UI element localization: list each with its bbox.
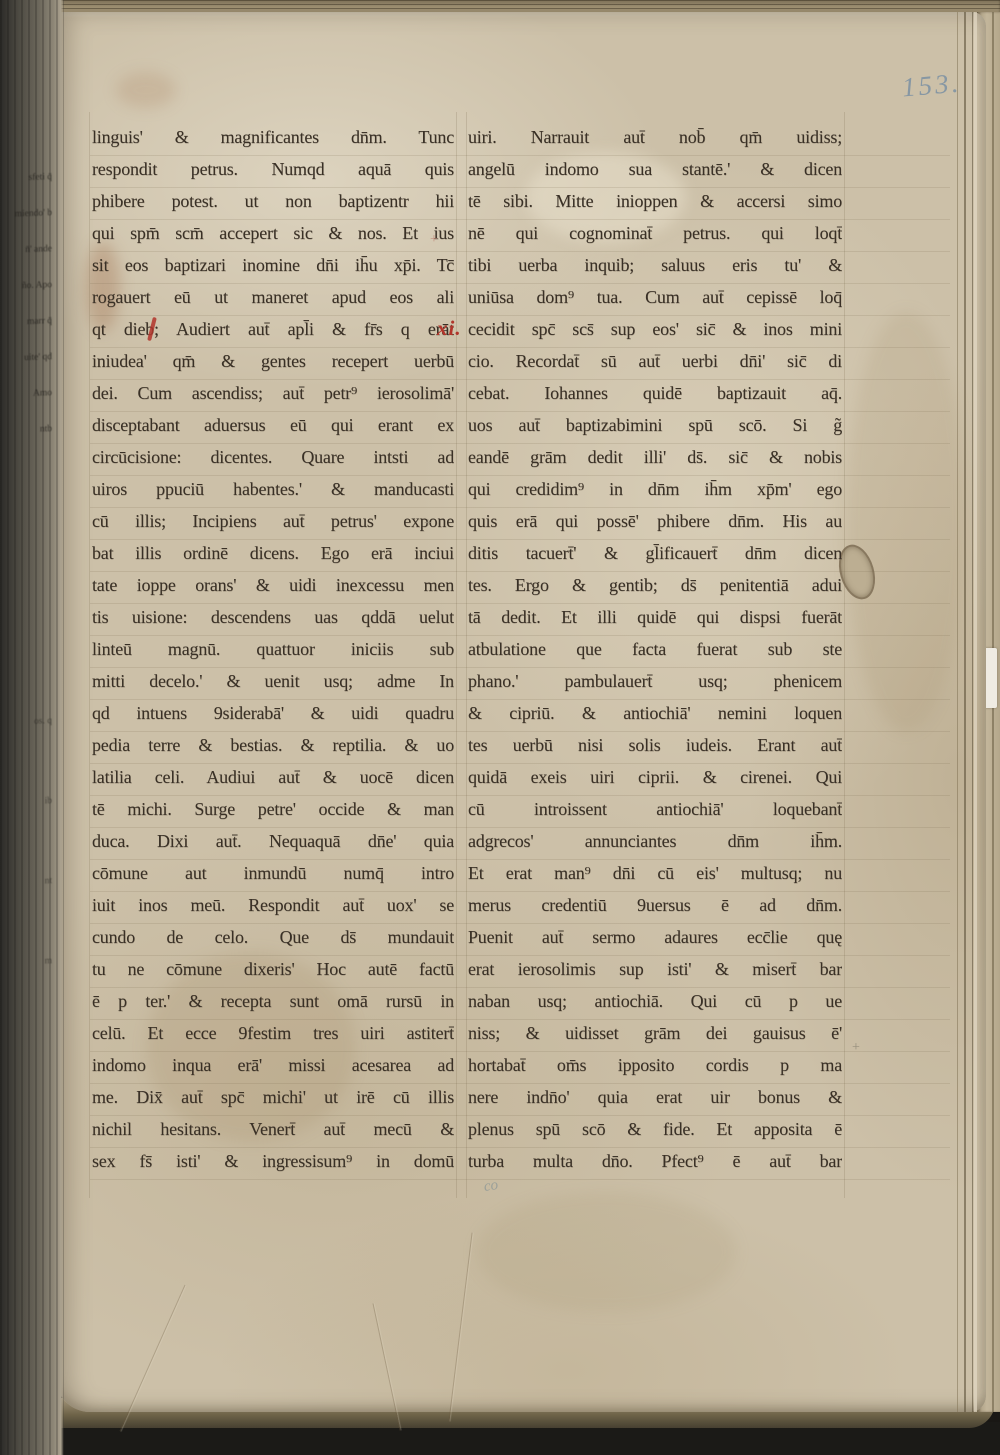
folio-number: 153. — [901, 67, 963, 103]
manuscript-line: pedia terre & bestias. & reptilia. & uo — [92, 730, 454, 762]
manuscript-photo: 153. linguis' & magnificantes dn̄m. Tunc… — [0, 0, 1000, 1455]
manuscript-line: qd intuens 9siderabā' & uidi quadru — [92, 698, 454, 730]
gutter-text-fragment: marr q̄ — [0, 303, 52, 341]
manuscript-line: tā dedit. Et illi quidē qui dispsi fuerā… — [468, 602, 842, 634]
manuscript-line: eandē grām dedit illi' ds̄. sic̄ & nobis — [468, 442, 842, 474]
manuscript-line: cundo de celo. Que ds̄ mundauit — [92, 922, 454, 954]
manuscript-line: nichil hesitans. Venert̄ aut̄ mecū & — [92, 1114, 454, 1146]
text-column-left: linguis' & magnificantes dn̄m. Tuncrespo… — [92, 122, 454, 1178]
manuscript-line: cōmune aut inmundū numq̄ intro — [92, 858, 454, 890]
manuscript-line: tē michi. Surge petre' occide & man — [92, 794, 454, 826]
manuscript-line: quis erā qui possē' phibere dn̄m. His au — [468, 506, 842, 538]
manuscript-line: nē qui cognominat̄ petrus. qui loqt̄ — [468, 218, 842, 250]
manuscript-line: respondit petrus. Numqd aquā quis — [92, 154, 454, 186]
manuscript-line: tibi uerba inquib; saluus eris tu' & — [468, 250, 842, 282]
manuscript-line: uos aut̄ baptizabimini spū scō. Si g̃ — [468, 410, 842, 442]
manuscript-line: quidā exeis uiri ciprii. & cirenei. Qui — [468, 762, 842, 794]
under-page-edge-line — [992, 12, 994, 1412]
manuscript-line: uniūsa dom⁹ tua. Cum aut̄ cepissē loq̄ — [468, 282, 842, 314]
gutter-text-fragment: n̄' ande — [0, 231, 52, 269]
gutter-text-fragment: os. q — [0, 681, 52, 763]
ruling-line-vertical — [466, 112, 467, 1198]
margin-cross-mark: + — [424, 516, 432, 532]
gutter-text-fragment: miendo' b — [0, 195, 52, 233]
edge-line — [964, 12, 966, 1412]
manuscript-line: dei. Cum ascendiss; aut̄ petr⁹ ierosolim… — [92, 378, 454, 410]
manuscript-line: tate ioppe orans' & uidi inexcessu men — [92, 570, 454, 602]
manuscript-line: angelū indomo sua stantē.' & dicen — [468, 154, 842, 186]
manuscript-line: iuit inos meū. Respondit aut̄ uox' se — [92, 890, 454, 922]
manuscript-line: phano.' pambulauert̄ usq; phenicem — [468, 666, 842, 698]
ruling-line-vertical — [89, 112, 90, 1198]
manuscript-line: cecidit spc̄ scs̄ sup eos' sic̄ & inos m… — [468, 314, 842, 346]
page-right-edge-lines — [952, 12, 978, 1412]
manuscript-line: latilia celi. Audiui aut̄ & uocē dicen — [92, 762, 454, 794]
ruling-line-vertical — [456, 112, 457, 1198]
manuscript-line: erat ierosolimis sup isti' & misert̄ bar — [468, 954, 842, 986]
pencil-annotation: co — [483, 1177, 499, 1196]
manuscript-line: cebat. Iohannes quidē baptizauit aq̄. — [468, 378, 842, 410]
parchment-page: 153. linguis' & magnificantes dn̄m. Tunc… — [56, 12, 986, 1412]
facing-page-text-fragments: sfeti q̄miendo' bn̄' andeño. Apomarr q̄u… — [0, 160, 52, 448]
edge-line — [972, 12, 973, 1412]
manuscript-line: adgrecos' annunciantes dn̄m ih̄m. — [468, 826, 842, 858]
manuscript-line: cio. Recordat̄ sū aut̄ uerbi dn̄i' sic̄ … — [468, 346, 842, 378]
manuscript-line: tes. Ergo & gentib; ds̄ penitentiā adui — [468, 570, 842, 602]
manuscript-line: sit eos baptizari inomine dn̄i ih̄u xp̄i… — [92, 250, 454, 282]
manuscript-line: linteū magnū. quattuor iniciis sub — [92, 634, 454, 666]
manuscript-line: cū introissent antiochiā' loquebant̄ — [468, 794, 842, 826]
manuscript-line: uiri. Narrauit aut̄ nob̄ qm̄ uidiss; — [468, 122, 842, 154]
manuscript-line: tis uisione: descendens uas qddā uelut — [92, 602, 454, 634]
gutter-text-fragment: nt — [0, 841, 52, 923]
manuscript-line: qui spm̄ scm̄ accepert sic & nos. Et ius — [92, 218, 454, 250]
manuscript-line: hortabat̄ om̄s ipposito cordis p ma — [468, 1050, 842, 1082]
crease — [120, 1285, 186, 1432]
crease — [448, 1233, 472, 1422]
gutter-text-fragment: ño. Apo — [0, 267, 52, 305]
manuscript-line: celū. Et ecce 9festim tres uiri astitert… — [92, 1018, 454, 1050]
manuscript-line: turba multa dn̄o. Pfect⁹ ē aut̄ bar — [468, 1146, 842, 1178]
ruling-line-vertical — [844, 112, 845, 1198]
edge-highlight — [974, 12, 977, 1412]
manuscript-line: cū illis; Incipiens aut̄ petrus' expone — [92, 506, 454, 538]
margin-cross-mark: + — [430, 232, 438, 248]
gutter-text-fragment: uite' qd — [0, 339, 52, 377]
manuscript-line: qui credidim⁹ in dn̄m ih̄m xp̄m' ego — [468, 474, 842, 506]
manuscript-line: disceptabant aduersus eū qui erant ex — [92, 410, 454, 442]
manuscript-line: naban usq; antiochiā. Qui cū p ue — [468, 986, 842, 1018]
manuscript-line: Et erat man⁹ dn̄i cū eis' multusq; nu — [468, 858, 842, 890]
edge-line — [957, 12, 958, 1412]
manuscript-line: plenus spū scō & fide. Et apposita ē — [468, 1114, 842, 1146]
stain — [476, 1192, 736, 1312]
manuscript-line: rogauert eū ut maneret apud eos ali — [92, 282, 454, 314]
gutter-text-fragment: m — [0, 921, 52, 1003]
manuscript-line: tu ne cōmune dixeris' Hoc autē factū — [92, 954, 454, 986]
manuscript-line: & cipriū. & antiochiā' nemini loquen — [468, 698, 842, 730]
gutter-text-fragment: Amo — [0, 375, 52, 413]
manuscript-line: ditis tacuert̄' & gl̄ificauert̄ dn̄m dic… — [468, 538, 842, 570]
manuscript-line: sex fs̄ isti' & ingressisum⁹ in domū — [92, 1146, 454, 1178]
manuscript-line: niss; & uidisset grām dei gauisus ē' — [468, 1018, 842, 1050]
facing-page-text-fragments: os. qibntm — [0, 682, 52, 1002]
manuscript-line: uiros ppuciū habentes.' & manducasti — [92, 474, 454, 506]
margin-cross-mark: + — [852, 1040, 860, 1056]
manuscript-line: me. Dix̄ aut̄ spc̄ michi' ut irē cū illi… — [92, 1082, 454, 1114]
book-gutter: sfeti q̄miendo' bn̄' andeño. Apomarr q̄u… — [0, 0, 64, 1455]
manuscript-line: atbulatione que facta fuerat sub ste — [468, 634, 842, 666]
manuscript-line: bat illis ordinē dicens. Ego erā inciui — [92, 538, 454, 570]
gutter-text-fragment: ib — [0, 761, 52, 843]
manuscript-line: linguis' & magnificantes dn̄m. Tunc — [92, 122, 454, 154]
manuscript-line: mitti decelo.' & uenit usq; adme In — [92, 666, 454, 698]
manuscript-line: ē p ter.' & recepta sunt omā rursū in — [92, 986, 454, 1018]
manuscript-line: tes uerbū nisi solis iudeis. Erant aut̄ — [468, 730, 842, 762]
text-column-right: uiri. Narrauit aut̄ nob̄ qm̄ uidiss;ange… — [468, 122, 842, 1178]
manuscript-line: phibere potest. ut non baptizentr hii — [92, 186, 454, 218]
manuscript-line: Puenit aut̄ sermo adaures ecc̄lie quę — [468, 922, 842, 954]
manuscript-line: nere indn̄o' quia erat uir bonus & — [468, 1082, 842, 1114]
stain — [846, 312, 966, 732]
manuscript-line: tē sibi. Mitte inioppen & accersi simo — [468, 186, 842, 218]
gutter-text-fragment: sfeti q̄ — [0, 159, 52, 197]
crease — [372, 1303, 400, 1430]
manuscript-line: indomo inqua erā' missi acesarea ad — [92, 1050, 454, 1082]
stain — [116, 72, 176, 108]
manuscript-line: merus credentiū 9uersus ē ad dn̄m. — [468, 890, 842, 922]
manuscript-line: duca. Dixi aut̄. Nequaquā dn̄e' quia — [92, 826, 454, 858]
gutter-text-fragment: ntb — [0, 411, 52, 449]
manuscript-line: iniudea' qm̄ & gentes recepert uerbū — [92, 346, 454, 378]
chapter-numeral-rubric: xi. — [437, 316, 462, 341]
manuscript-line: circūcisione: dicentes. Quare intsti ad — [92, 442, 454, 474]
manuscript-line: qt dieb; Audiert aut̄ apl̄i & fr̄s q erā… — [92, 314, 454, 346]
